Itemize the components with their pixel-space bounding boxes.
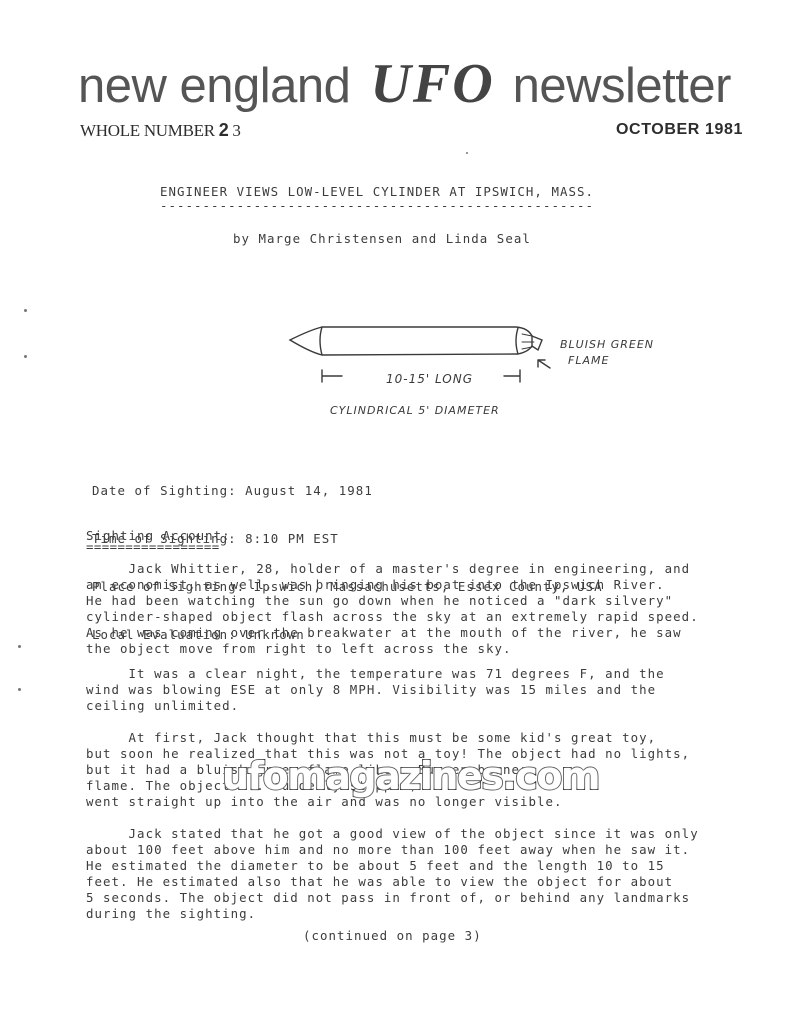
length-label: 10-15' LONG bbox=[386, 372, 473, 386]
flame-label-1: BLUISH GREEN bbox=[560, 338, 654, 351]
margin-speck bbox=[24, 355, 27, 358]
margin-speck bbox=[18, 688, 21, 691]
issue-label: WHOLE NUMBER bbox=[80, 121, 215, 140]
masthead-suffix: newsletter bbox=[513, 58, 731, 114]
fact-date: Date of Sighting: August 14, 1981 bbox=[92, 483, 603, 499]
paragraph-4: Jack stated that he got a good view of t… bbox=[86, 826, 699, 922]
cylinder-sketch: BLUISH GREEN FLAME 10-15' LONG CYLINDRIC… bbox=[270, 312, 690, 427]
masthead-ufo: UFO bbox=[370, 52, 494, 116]
account-heading-underline: ================= bbox=[86, 539, 220, 555]
page-speck bbox=[466, 152, 468, 154]
continued-note: (continued on page 3) bbox=[303, 928, 482, 944]
issue-number-a: 2 bbox=[219, 120, 229, 140]
margin-speck bbox=[24, 309, 27, 312]
sketch-caption: CYLINDRICAL 5' DIAMETER bbox=[330, 404, 500, 417]
watermark: ufomagazines.com bbox=[222, 754, 599, 798]
margin-speck bbox=[18, 645, 21, 648]
masthead-prefix: new england bbox=[78, 58, 350, 114]
flame-label-2: FLAME bbox=[568, 354, 609, 367]
headline-underline: ----------------------------------------… bbox=[160, 198, 594, 214]
paragraph-1: Jack Whittier, 28, holder of a master's … bbox=[86, 561, 699, 657]
article-byline: by Marge Christensen and Linda Seal bbox=[233, 231, 531, 247]
paragraph-2: It was a clear night, the temperature wa… bbox=[86, 666, 665, 714]
issue-date: OCTOBER 1981 bbox=[616, 121, 743, 139]
issue-number: WHOLE NUMBER 2 3 bbox=[80, 120, 241, 141]
newsletter-masthead: new england UFO newsletter bbox=[78, 52, 731, 122]
issue-number-b: 3 bbox=[232, 121, 240, 140]
